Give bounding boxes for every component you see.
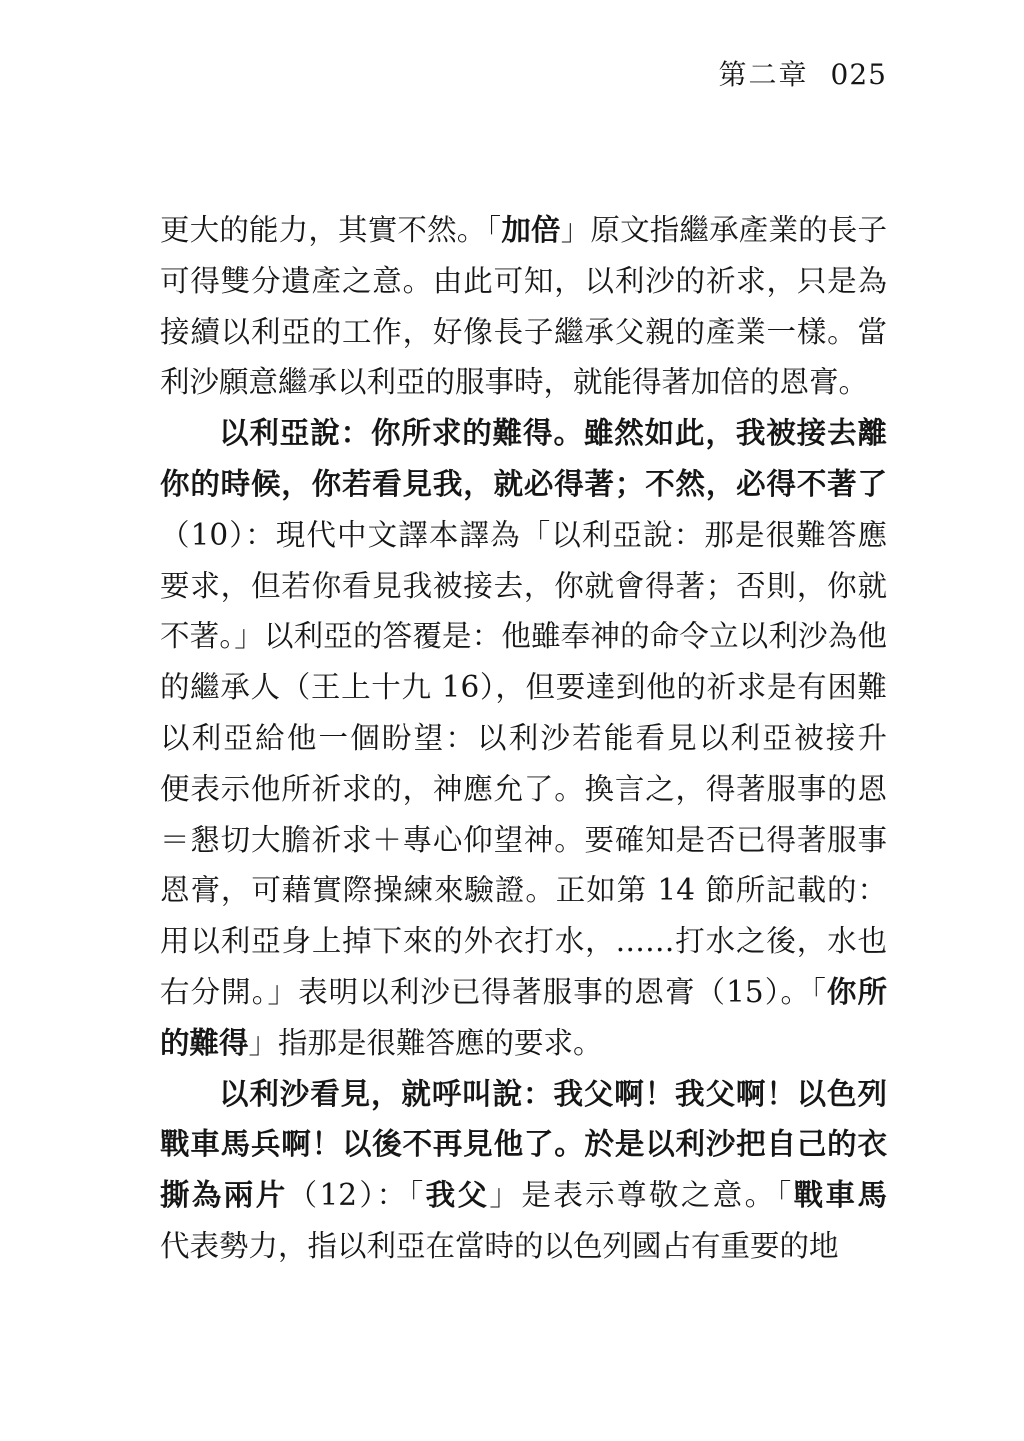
body-text-segment: 利沙願意繼承以利亞的服事時，就能得著加倍的恩膏。 [160, 365, 868, 399]
text-line: 的繼承人（王上十九 16），但要達到他的祈求是有困難的。 [160, 662, 887, 713]
page-number: 025 [831, 58, 887, 91]
body-text-segment: 右分開。」表明以利沙已得著服事的恩膏（15）。「 [160, 975, 827, 1009]
body-text-segment: 」指那是很難答應的要求。 [249, 1026, 603, 1060]
emphasis-text: 我父 [426, 1177, 490, 1212]
text-line: 要求，但若你看見我被接去，你就會得著；否則，你就得 [160, 561, 887, 612]
body-text-segment: 以利亞給他一個盼望：以利沙若能看見以利亞被接升天， [160, 721, 887, 764]
page-header: 第二章025 [160, 60, 887, 90]
emphasis-text: 撕為兩片 [160, 1177, 288, 1212]
chapter-title: 第二章 [719, 58, 809, 91]
text-line: 更大的能力，其實不然。「加倍」原文指繼承產業的長子 [160, 205, 887, 256]
text-line: 用以利亞身上掉下來的外衣打水，……打水之後，水也左 [160, 916, 887, 967]
emphasis-text: 你的時候，你若看見我，就必得著；不然，必得不著了 [160, 466, 887, 501]
body-text-segment: 要求，但若你看見我被接去，你就會得著；否則，你就得 [160, 569, 887, 612]
text-line: 以利亞說：你所求的難得。雖然如此，我被接去離開 [160, 408, 887, 459]
emphasis-text: 以利沙看見，就呼叫說：我父啊！我父啊！以色列的 [219, 1076, 887, 1120]
text-line: 以利沙看見，就呼叫說：我父啊！我父啊！以色列的 [160, 1069, 887, 1120]
body-text: 更大的能力，其實不然。「加倍」原文指繼承產業的長子可得雙分遺產之意。由此可知，以… [160, 205, 887, 1272]
emphasis-text: 加倍 [501, 212, 560, 247]
body-text-segment: 的繼承人（王上十九 16），但要達到他的祈求是有困難的。 [160, 670, 887, 713]
body-text-segment: 不著。」以利亞的答覆是：他雖奉神的命令立以利沙為他 [160, 619, 887, 653]
body-text-segment: （12）：「 [288, 1178, 426, 1212]
text-line: 撕為兩片（12）：「我父」是表示尊敬之意。「戰車馬兵」 [160, 1170, 887, 1221]
emphasis-text: 的難得 [160, 1025, 249, 1060]
body-text-segment: 代表勢力，指以利亞在當時的以色列國占有重要的地位。 [160, 1229, 839, 1272]
body-text-segment: 更大的能力，其實不然。「 [160, 213, 501, 247]
emphasis-text: 以利亞說：你所求的難得。雖然如此，我被接去離開 [219, 415, 887, 459]
emphasis-text: 戰車馬兵啊！以後不再見他了。於是以利沙把自己的衣服 [160, 1126, 887, 1170]
text-line: 接續以利亞的工作，好像長子繼承父親的產業一樣。當以 [160, 307, 887, 358]
text-line: （10）：現代中文譯本譯為「以利亞說：那是很難答應的 [160, 510, 887, 561]
text-line: 不著。」以利亞的答覆是：他雖奉神的命令立以利沙為他 [160, 611, 887, 662]
text-line: 的難得」指那是很難答應的要求。 [160, 1018, 887, 1069]
body-text-segment: 」是表示尊敬之意。「 [489, 1178, 793, 1212]
body-text-segment: 用以利亞身上掉下來的外衣打水，……打水之後，水也左 [160, 924, 887, 967]
text-line: 戰車馬兵啊！以後不再見他了。於是以利沙把自己的衣服 [160, 1119, 887, 1170]
body-text-segment: 」原文指繼承產業的長子 [561, 213, 887, 247]
text-line: 利沙願意繼承以利亞的服事時，就能得著加倍的恩膏。 [160, 357, 887, 408]
text-line: 代表勢力，指以利亞在當時的以色列國占有重要的地位。 [160, 1221, 887, 1272]
text-line: 以利亞給他一個盼望：以利沙若能看見以利亞被接升天， [160, 713, 887, 764]
body-text-segment: 接續以利亞的工作，好像長子繼承父親的產業一樣。當以 [160, 315, 887, 358]
text-line: ＝懇切大膽祈求＋專心仰望神。要確知是否已得著服事的 [160, 815, 887, 866]
text-line: 可得雙分遺產之意。由此可知，以利沙的祈求，只是為了 [160, 256, 887, 307]
text-line: 便表示他所祈求的，神應允了。換言之，得著服事的恩膏 [160, 764, 887, 815]
text-line: 你的時候，你若看見我，就必得著；不然，必得不著了 [160, 459, 887, 510]
book-page: 第二章025 更大的能力，其實不然。「加倍」原文指繼承產業的長子可得雙分遺產之意… [0, 0, 1024, 1441]
body-text-segment: 恩膏，可藉實際操練來驗證。正如第 14 節所記載的：「他 [160, 873, 887, 916]
body-text-segment: 便表示他所祈求的，神應允了。換言之，得著服事的恩膏 [160, 772, 887, 815]
body-text-segment: ＝懇切大膽祈求＋專心仰望神。要確知是否已得著服事的 [160, 823, 887, 866]
body-text-segment: 可得雙分遺產之意。由此可知，以利沙的祈求，只是為了 [160, 264, 887, 307]
text-line: 恩膏，可藉實際操練來驗證。正如第 14 節所記載的：「他 [160, 865, 887, 916]
body-text-segment: （10）：現代中文譯本譯為「以利亞說：那是很難答應的 [160, 518, 887, 561]
text-line: 右分開。」表明以利沙已得著服事的恩膏（15）。「你所求 [160, 967, 887, 1018]
